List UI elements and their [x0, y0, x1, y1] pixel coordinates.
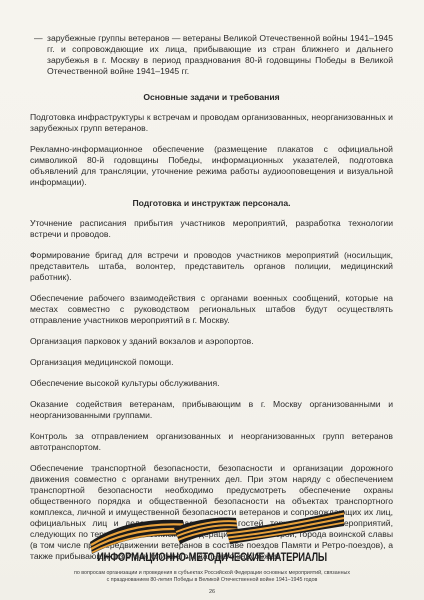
paragraph: Подготовка инфраструктуры к встречам и п… [30, 112, 393, 134]
paragraph: Рекламно-информационное обеспечение (раз… [30, 144, 393, 188]
footer-title: ИНФОРМАЦИОННО-МЕТОДИЧЕСКИЕ МАТЕРИАЛЫ [38, 552, 386, 564]
footer-subtitle: по вопросам организации и проведения в с… [0, 570, 424, 584]
paragraph: Формирование бригад для встречи и провод… [30, 250, 393, 283]
page-number: 26 [0, 589, 424, 595]
section-heading-main-tasks: Основные задачи и требования [30, 92, 393, 103]
paragraph: Обеспечение рабочего взаимодействия с ор… [30, 293, 393, 326]
paragraph: Организация медицинской помощи. [30, 357, 393, 368]
st-george-ribbon-icon [88, 508, 346, 554]
paragraph: Уточнение расписания прибытия участников… [30, 218, 393, 240]
paragraph: Контроль за отправлением организованных … [30, 431, 393, 453]
footer-subtitle-line-2: с празднованием 80-летия Победы в Велико… [0, 577, 424, 584]
paragraph: Оказание содействия ветеранам, прибывающ… [30, 399, 393, 421]
document-body: — зарубежные группы ветеранов — ветераны… [30, 33, 393, 562]
paragraph: Организация парковок у зданий вокзалов и… [30, 336, 393, 347]
paragraph: Обеспечение высокой культуры обслуживани… [30, 378, 393, 389]
list-item-foreign-veterans: — зарубежные группы ветеранов — ветераны… [34, 33, 393, 77]
document-page: — зарубежные группы ветеранов — ветераны… [0, 0, 424, 600]
footer-subtitle-line-1: по вопросам организации и проведения в с… [0, 570, 424, 577]
list-item-text: зарубежные группы ветеранов — ветераны В… [47, 33, 393, 77]
dash-marker: — [34, 33, 47, 77]
section-heading-staff-training: Подготовка и инструктаж персонала. [30, 198, 393, 209]
